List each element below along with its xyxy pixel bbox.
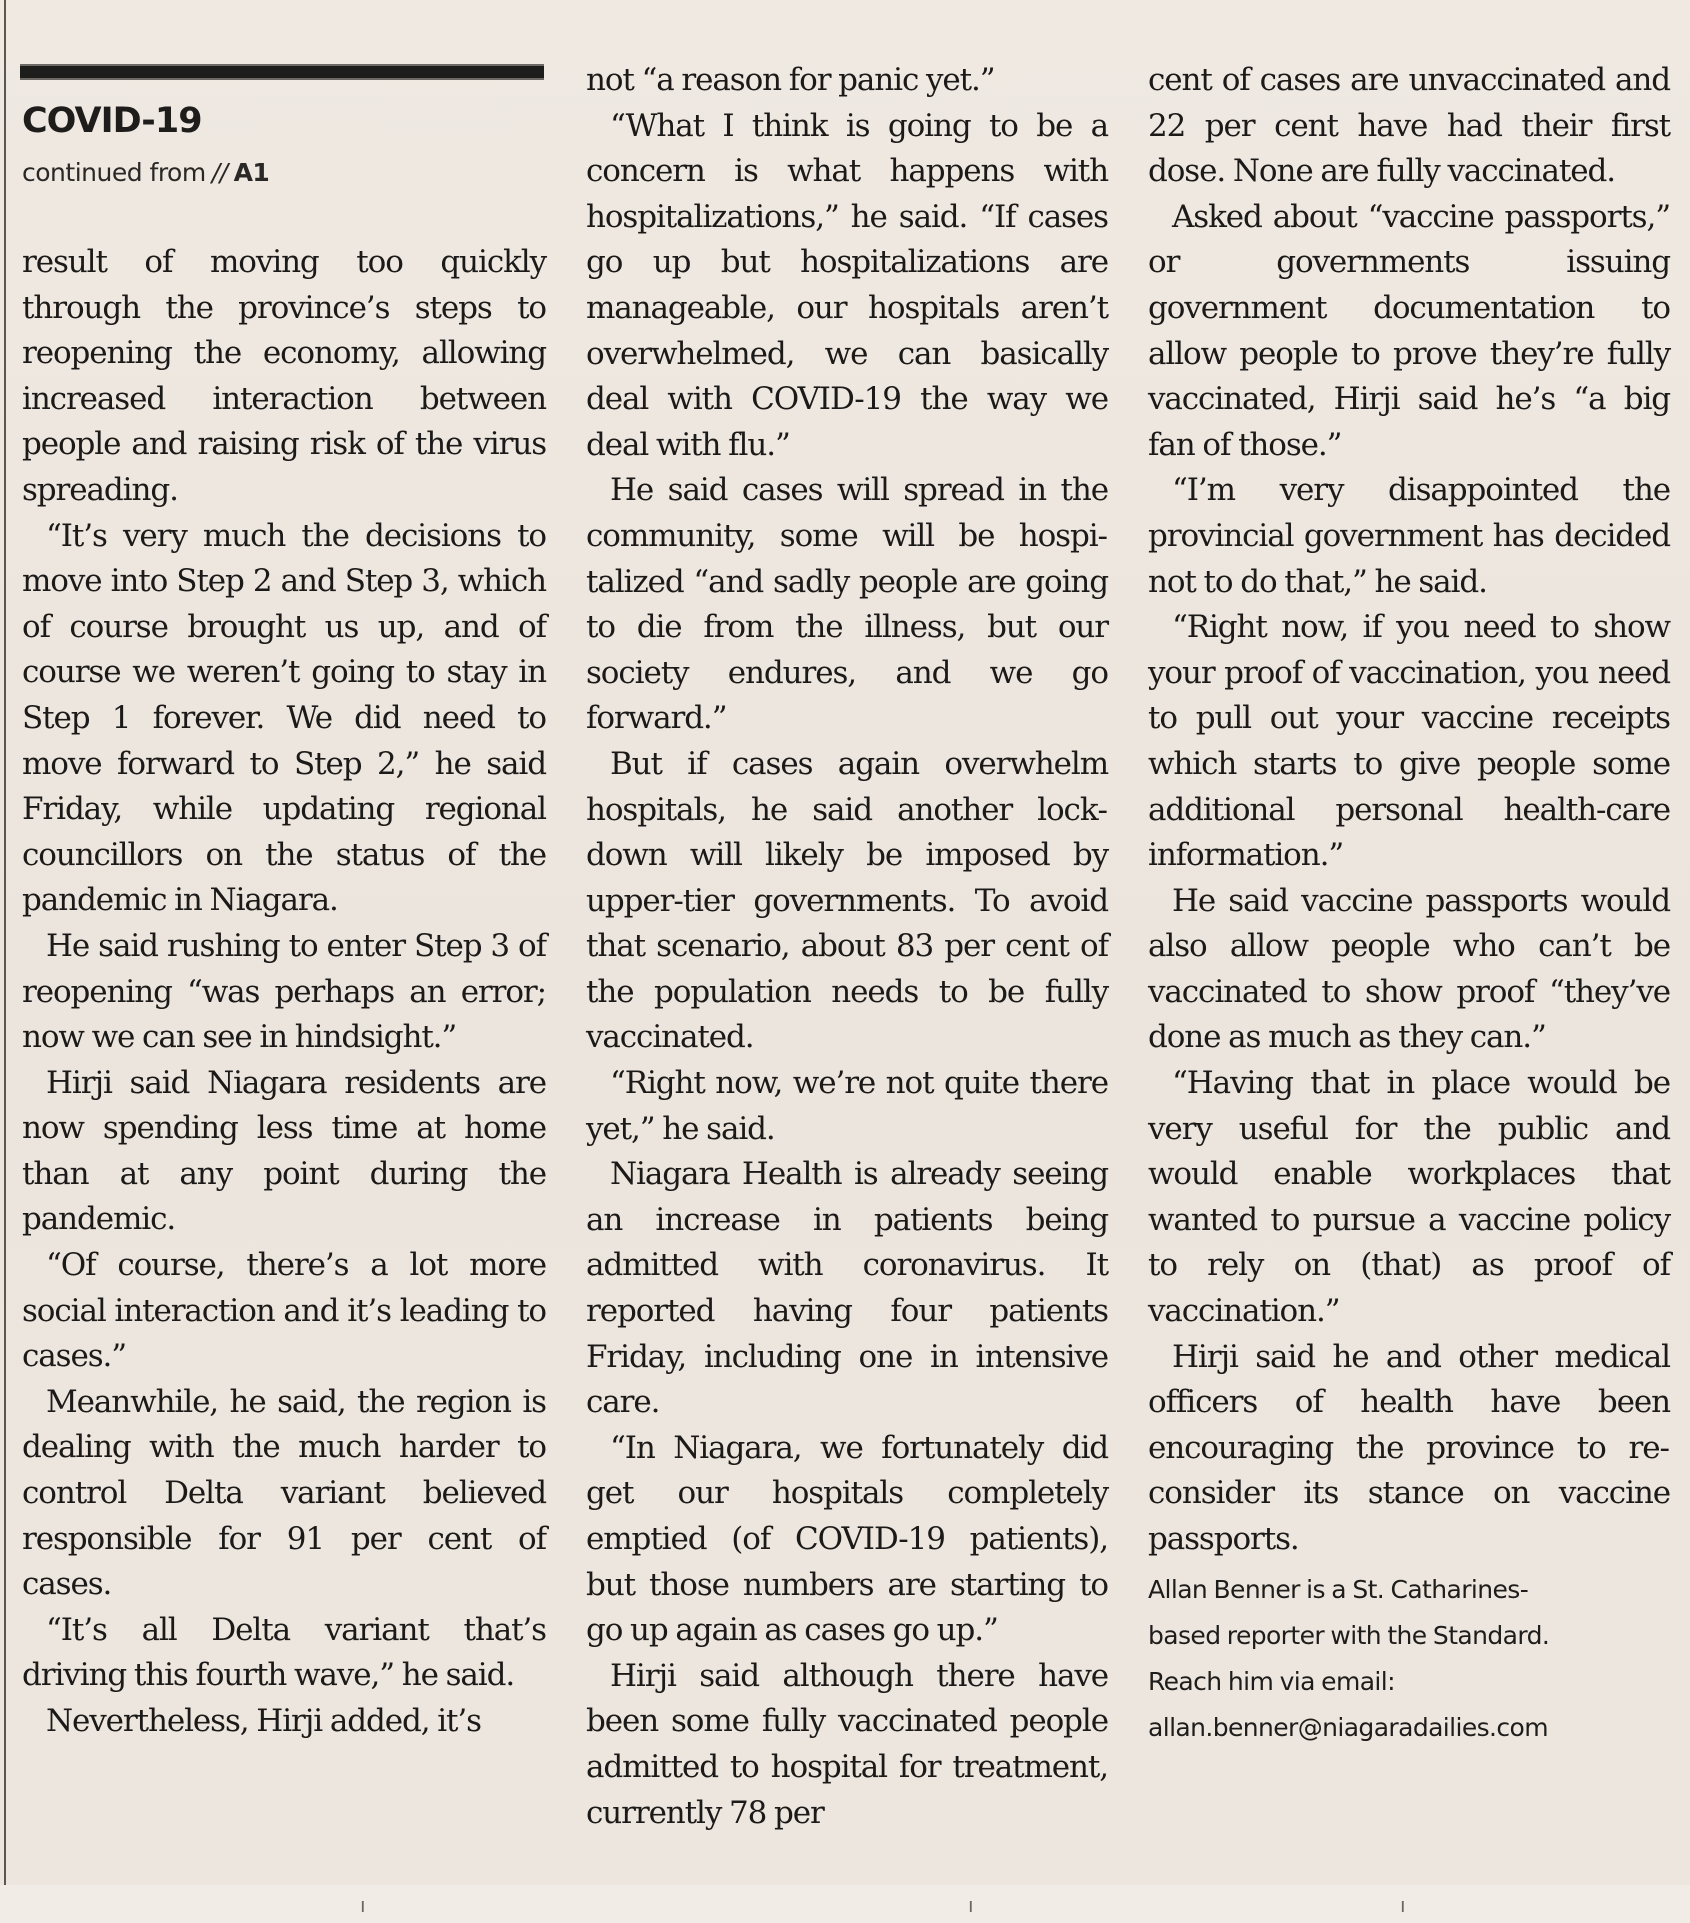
jump-separator: //	[212, 158, 228, 187]
paragraph: He said cases will spread in the communi…	[586, 468, 1108, 742]
paragraph: Meanwhile, he said, the region is dealin…	[22, 1380, 546, 1608]
paragraph: “I’m very disappointed the provincial go…	[1148, 468, 1670, 605]
paragraph: Nevertheless, Hirji added, it’s	[22, 1699, 546, 1745]
paragraph: But if cases again overwhelm hospitals, …	[586, 742, 1108, 1061]
paragraph: “It’s very much the decisions to move in…	[22, 514, 546, 924]
jump-line: continued from//A1	[22, 160, 269, 185]
paragraph: He said rushing to enter Step 3 of reope…	[22, 924, 546, 1061]
newspaper-page: COVID-19 continued from//A1 result of mo…	[0, 0, 1690, 1923]
paragraph: He said vaccine passports would also all…	[1148, 879, 1670, 1061]
scan-mark: ı	[968, 1893, 974, 1917]
paragraph: Hirji said Niagara residents are now spe…	[22, 1061, 546, 1243]
tagline-line: based reporter with the Standard.	[1148, 1613, 1670, 1659]
paragraph: not “a reason for panic yet.”	[586, 58, 1108, 104]
scan-mark: ı	[360, 1893, 366, 1917]
paragraph: “Of course, there’s a lot more social in…	[22, 1243, 546, 1380]
article-column-2: not “a reason for panic yet.” “What I th…	[586, 58, 1108, 1836]
paragraph: “Right now, we’re not quite there yet,” …	[586, 1061, 1108, 1152]
tagline-line: Reach him via email:	[1148, 1659, 1670, 1705]
paragraph: Niagara Health is already see­ing an inc…	[586, 1152, 1108, 1426]
paragraph: “In Niagara, we fortunately did get our …	[586, 1426, 1108, 1654]
page-bottom-margin	[0, 1885, 1690, 1923]
author-tagline: Allan Benner is a St. Catharines- based …	[1148, 1567, 1670, 1751]
jump-label: continued from	[22, 158, 206, 187]
article-column-3: cent of cases are unvaccinated and 22 pe…	[1148, 58, 1670, 1751]
column-edge-rule	[4, 0, 6, 1885]
section-kicker: COVID-19	[22, 104, 202, 139]
author-email: allan.benner@niagaradailies.com	[1148, 1705, 1670, 1751]
section-header-bar	[20, 64, 544, 80]
scan-mark: ı	[1400, 1893, 1406, 1917]
paragraph: “It’s all Delta variant that’s driving t…	[22, 1608, 546, 1699]
paragraph: Hirji said he and other med­ical officer…	[1148, 1335, 1670, 1563]
paragraph: result of moving too quickly through the…	[22, 240, 546, 514]
jump-page-reference: A1	[234, 158, 270, 187]
paragraph: cent of cases are unvaccinated and 22 pe…	[1148, 58, 1670, 195]
article-column-1: result of moving too quickly through the…	[22, 240, 546, 1745]
paragraph: “Right now, if you need to show your pro…	[1148, 605, 1670, 879]
paragraph: Asked about “vaccine pass­ports,” or gov…	[1148, 195, 1670, 469]
paragraph: “Having that in place would be very usef…	[1148, 1061, 1670, 1335]
paragraph: “What I think is going to be a concern i…	[586, 104, 1108, 469]
tagline-line: Allan Benner is a St. Catharines-	[1148, 1567, 1670, 1613]
paragraph: Hirji said although there have been some…	[586, 1654, 1108, 1836]
